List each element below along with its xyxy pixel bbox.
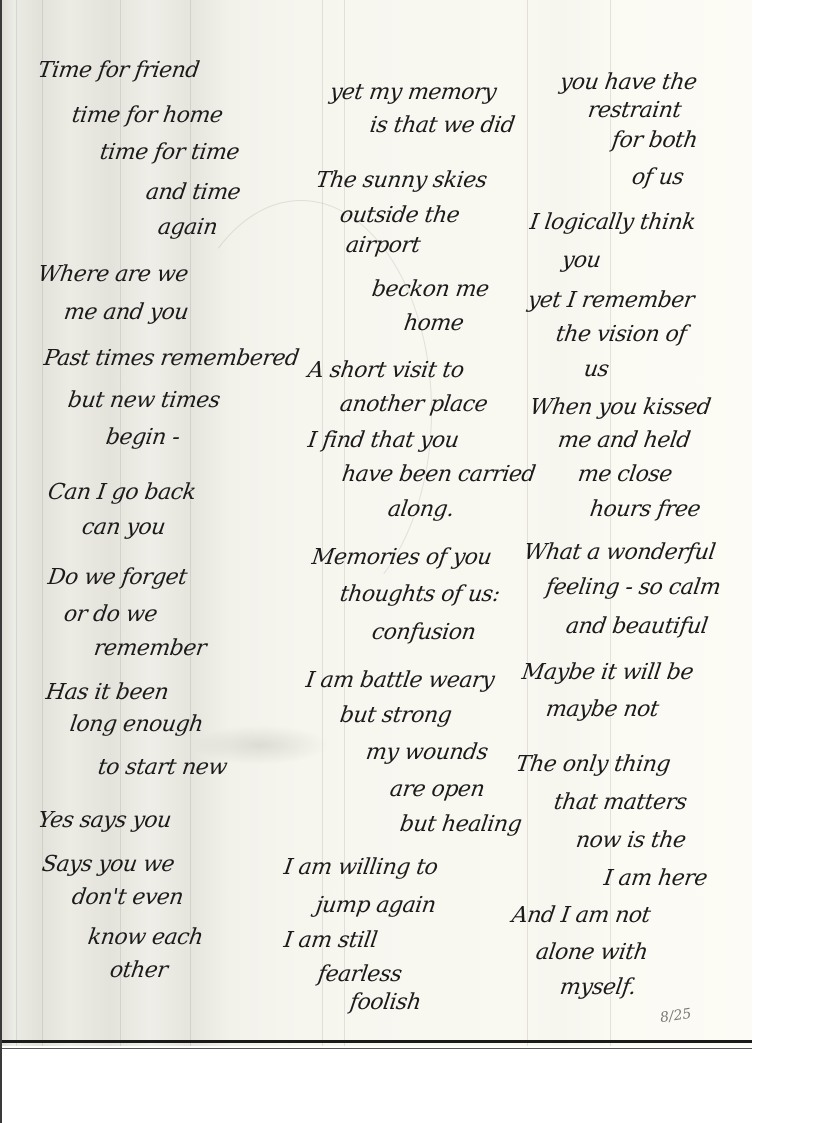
poem-line: Yes says you (36, 808, 172, 833)
poem-line: hours free (588, 497, 702, 522)
scan-artifact (42, 0, 43, 1046)
poem-line: What a wonderful (522, 540, 717, 565)
poem-line: thoughts of us: (338, 582, 501, 607)
poem-line: that matters (552, 790, 688, 815)
poem-line: I logically think (528, 210, 697, 235)
poem-line: I am battle weary (304, 668, 496, 693)
poem-line: is that we did (368, 113, 516, 138)
poem-line: I am willing to (282, 855, 439, 880)
poem-line: I find that you (306, 428, 460, 453)
poem-line: Memories of you (310, 545, 493, 570)
poem-line: home (402, 311, 465, 336)
poem-line: again (156, 215, 219, 240)
poem-line: but healing (398, 812, 523, 837)
poem-line: to start new (96, 755, 228, 780)
poem-line: but new times (66, 388, 221, 413)
poem-line: Maybe it will be (520, 660, 695, 685)
poem-line: other (108, 958, 169, 983)
poem-line: maybe not (544, 697, 660, 722)
poem-line: And I am not (510, 903, 652, 928)
poem-line: now is the (574, 828, 687, 853)
poem-line: yet I remember (526, 288, 695, 313)
poem-line: but strong (338, 703, 453, 728)
poem-line: fearless (316, 962, 403, 987)
poem-line: my wounds (364, 740, 489, 765)
poem-line: restraint (586, 98, 682, 123)
poem-line: me and you (62, 300, 190, 325)
poem-line: along. (386, 497, 455, 522)
poem-line: you have the (558, 70, 698, 95)
poem-line: of us (630, 165, 685, 190)
poem-line: foolish (348, 990, 422, 1015)
poem-line: long enough (68, 712, 204, 737)
poem-line: have been carried (340, 462, 537, 487)
scan-artifact (16, 0, 17, 1046)
poem-line: beckon me (370, 277, 490, 302)
poem-line: yet my memory (328, 80, 498, 105)
poem-line: begin - (104, 425, 181, 450)
scanned-page: Time for friendtime for hometime for tim… (0, 0, 752, 1046)
poem-line: I am still (282, 928, 378, 953)
poem-line: remember (92, 636, 207, 661)
poem-line: I am here (602, 866, 708, 891)
poem-line: the vision of (554, 322, 688, 347)
poem-line: jump again (314, 893, 437, 918)
page-bottom-edge (0, 1040, 752, 1043)
poem-line: me close (576, 462, 673, 487)
poem-line: Where are we (36, 262, 189, 287)
scan-artifact (527, 0, 528, 1046)
poem-line: time for time (98, 140, 240, 165)
poem-line: feeling - so calm (544, 575, 722, 600)
poem-line: know each (86, 925, 204, 950)
poem-line: another place (338, 392, 489, 417)
poem-line: confusion (370, 620, 477, 645)
poem-line: outside the (338, 203, 461, 228)
poem-line: myself. (558, 975, 637, 1000)
poem-line: The sunny skies (314, 168, 488, 193)
poem-line: are open (388, 777, 486, 802)
poem-line: don't even (70, 885, 185, 910)
date-note: 8/25 (659, 1006, 692, 1026)
poem-line: you (560, 248, 602, 273)
poem-line: Says you we (40, 852, 176, 877)
poem-line: us (582, 357, 610, 382)
poem-line: or do we (62, 602, 158, 627)
poem-line: A short visit to (306, 358, 465, 383)
poem-line: and time (144, 180, 242, 205)
poem-line: Has it been (44, 680, 170, 705)
page-bottom-edge-shadow (0, 1048, 752, 1049)
poem-line: me and held (556, 428, 692, 453)
poem-line: When you kissed (528, 395, 712, 420)
poem-line: and beautiful (564, 614, 709, 639)
poem-line: Time for friend (36, 58, 200, 83)
poem-line: Past times remembered (42, 346, 300, 371)
poem-line: alone with (534, 940, 649, 965)
scan-left-edge (0, 0, 2, 1123)
poem-line: The only thing (514, 752, 672, 777)
poem-line: can you (80, 515, 166, 540)
poem-line: airport (344, 233, 421, 258)
poem-line: Can I go back (46, 480, 197, 505)
poem-line: Do we forget (46, 565, 188, 590)
poem-line: for both (610, 128, 699, 153)
poem-line: time for home (70, 103, 224, 128)
